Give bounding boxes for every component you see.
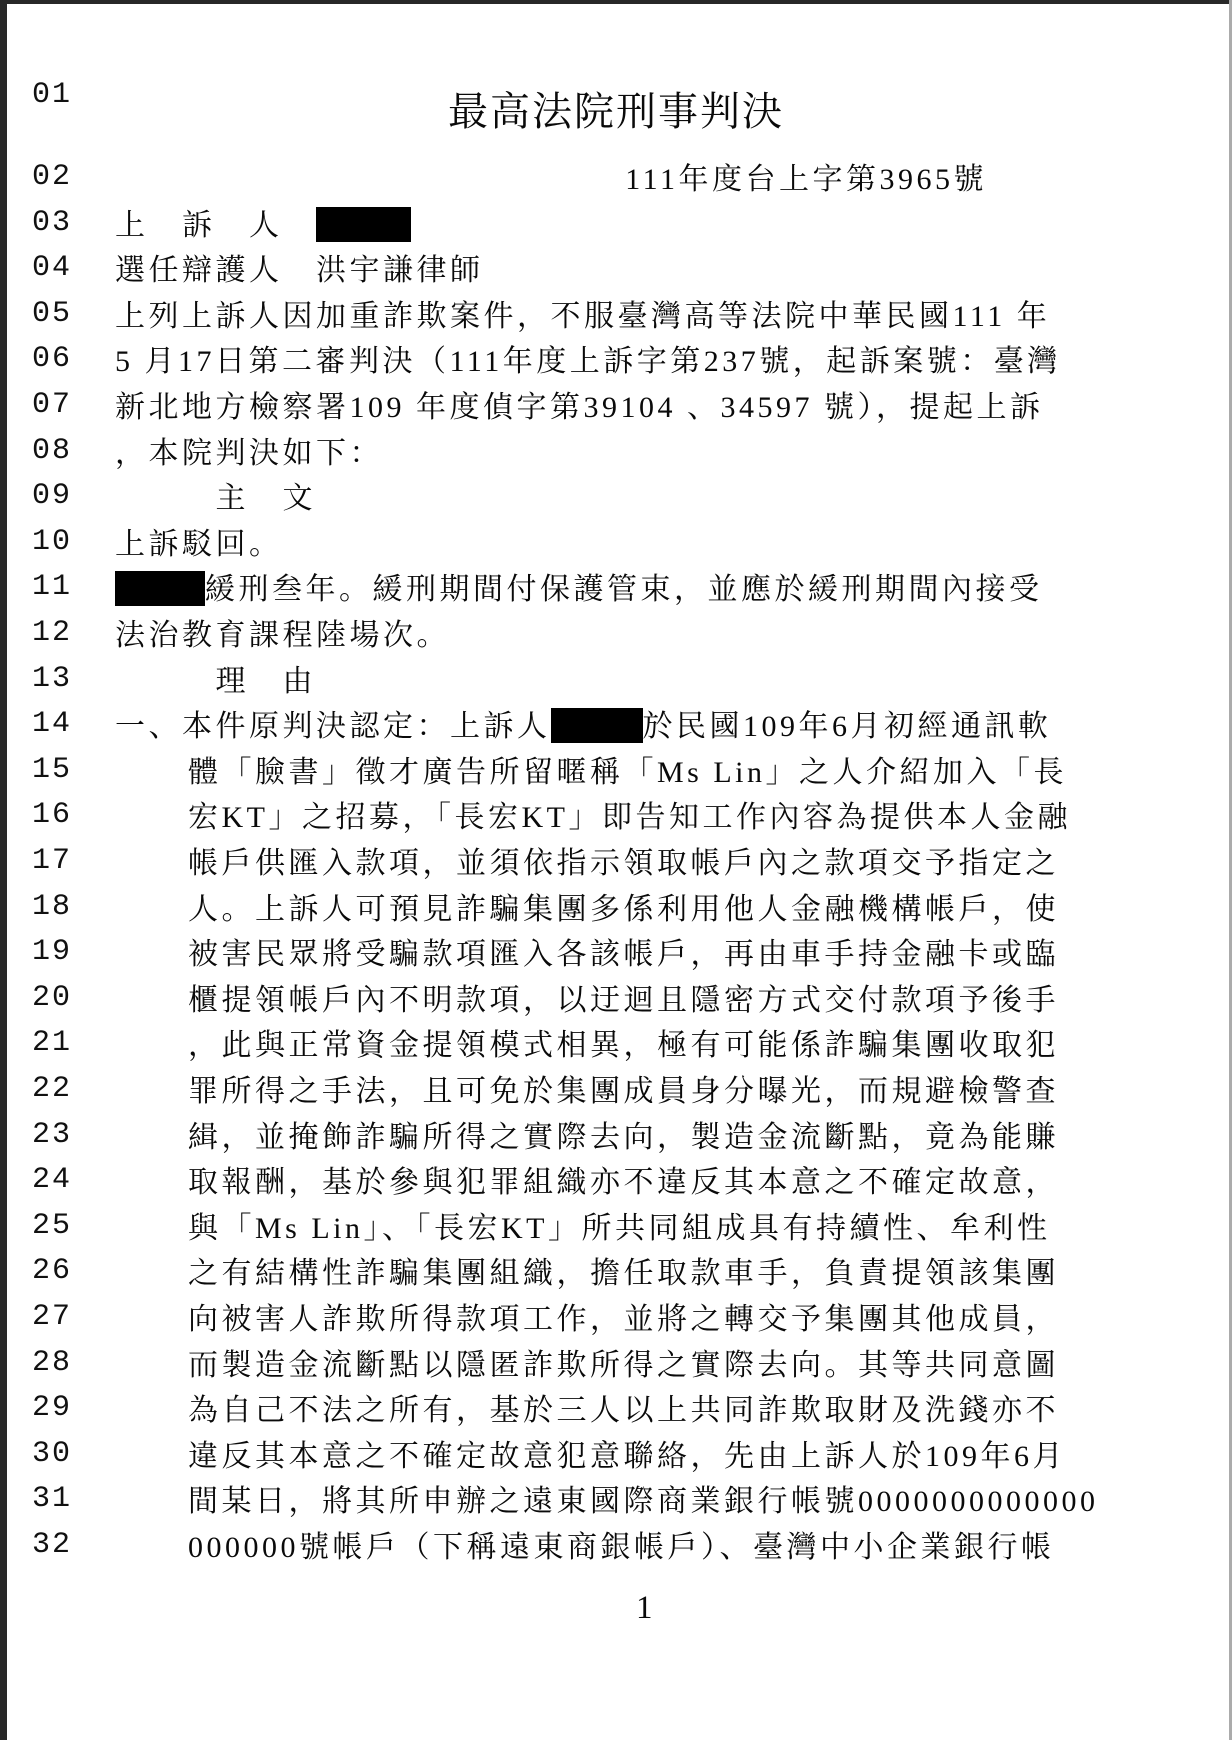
line-row: 03上 訴 人 [0, 206, 1232, 252]
line-text: 法治教育課程陸場次。 [115, 616, 450, 656]
line-number: 32 [32, 1528, 72, 1562]
line-text: 選任辯護人 洪宇謙律師 [115, 251, 484, 291]
text-segment: 被害民眾將受騙款項匯入各該帳戶，再由車手持金融卡或臨 [188, 938, 1059, 971]
text-segment: 新北地方檢察署109 年度偵字第39104 、34597 號），提起上訴 [115, 391, 1044, 424]
page-number: 1 [636, 1590, 653, 1627]
text-segment: 一、本件原判決認定：上訴人 [115, 710, 551, 743]
line-number: 27 [32, 1300, 72, 1334]
line-number: 15 [32, 753, 72, 787]
line-text: 上訴駁回。 [115, 525, 283, 565]
line-number: 06 [32, 342, 72, 376]
line-number: 31 [32, 1482, 72, 1516]
line-text: 櫃提領帳戶內不明款項，以迂迴且隱密方式交付款項予後手 [188, 981, 1059, 1021]
line-row: 14一、本件原判決認定：上訴人於民國109年6月初經通訊軟 [0, 707, 1232, 753]
line-text: 與「Ms Lin」、「長宏KT」所共同組成具有持續性、牟利性 [188, 1209, 1051, 1249]
line-number: 10 [32, 525, 72, 559]
line-number: 26 [32, 1254, 72, 1288]
line-row: 05上列上訴人因加重詐欺案件，不服臺灣高等法院中華民國111 年 [0, 297, 1232, 343]
line-number: 21 [32, 1026, 72, 1060]
line-number: 18 [32, 890, 72, 924]
line-text: 帳戶供匯入款項，並須依指示領取帳戶內之款項交予指定之 [188, 844, 1059, 884]
line-text: 罪所得之手法，且可免於集團成員身分曝光，而規避檢警查 [188, 1072, 1059, 1112]
text-segment: 緝，並掩飾詐騙所得之實際去向，製造金流斷點，竟為能賺 [188, 1121, 1059, 1154]
line-number: 14 [32, 707, 72, 741]
line-row: 04選任辯護人 洪宇謙律師 [0, 251, 1232, 297]
line-text: 上 訴 人 [115, 206, 411, 246]
line-row: 29為自己不法之所有，基於三人以上共同詐欺取財及洗錢亦不 [0, 1391, 1232, 1437]
line-row: 16宏KT」之招募，「長宏KT」即告知工作內容為提供本人金融 [0, 798, 1232, 844]
line-number: 05 [32, 297, 72, 331]
text-segment: 帳戶供匯入款項，並須依指示領取帳戶內之款項交予指定之 [188, 847, 1059, 880]
line-text: 主 文 [115, 479, 316, 519]
text-segment: 為自己不法之所有，基於三人以上共同詐欺取財及洗錢亦不 [188, 1394, 1059, 1427]
line-text: 為自己不法之所有，基於三人以上共同詐欺取財及洗錢亦不 [188, 1391, 1059, 1431]
line-number: 04 [32, 251, 72, 285]
text-segment: 櫃提領帳戶內不明款項，以迂迴且隱密方式交付款項予後手 [188, 984, 1059, 1017]
line-text: 宏KT」之招募，「長宏KT」即告知工作內容為提供本人金融 [188, 798, 1071, 838]
document-page: 01最高法院刑事判決02111年度台上字第3965號03上 訴 人 04選任辯護… [0, 0, 1232, 1740]
redaction-box [115, 571, 205, 606]
line-text: 一、本件原判決認定：上訴人於民國109年6月初經通訊軟 [115, 707, 1052, 747]
line-text: 新北地方檢察署109 年度偵字第39104 、34597 號），提起上訴 [115, 388, 1044, 428]
text-segment: 111年度台上字第3965號 [625, 163, 987, 196]
text-segment: 上 訴 人 [115, 209, 316, 242]
line-number: 25 [32, 1209, 72, 1243]
text-segment: 取報酬，基於參與犯罪組織亦不違反其本意之不確定故意， [188, 1166, 1059, 1199]
line-text: 之有結構性詐騙集團組織，擔任取款車手，負責提領該集團 [188, 1254, 1059, 1294]
scan-edge-top [0, 0, 1232, 4]
line-text: 000000號帳戶（下稱遠東商銀帳戶）、臺灣中小企業銀行帳 [188, 1528, 1055, 1568]
line-row: 23緝，並掩飾詐騙所得之實際去向，製造金流斷點，竟為能賺 [0, 1118, 1232, 1164]
line-text: 違反其本意之不確定故意犯意聯絡，先由上訴人於109年6月 [188, 1437, 1066, 1477]
line-text: ，此與正常資金提領模式相異，極有可能係詐騙集團收取犯 [188, 1026, 1059, 1066]
text-segment: 5 月17日第二審判決（111年度上訴字第237號，起訴案號：臺灣 [115, 345, 1061, 378]
line-text: 被害民眾將受騙款項匯入各該帳戶，再由車手持金融卡或臨 [188, 935, 1059, 975]
text-segment: ，此與正常資金提領模式相異，極有可能係詐騙集團收取犯 [188, 1029, 1059, 1062]
line-row: 24取報酬，基於參與犯罪組織亦不違反其本意之不確定故意， [0, 1163, 1232, 1209]
line-row: 31間某日，將其所申辦之遠東國際商業銀行帳號0000000000000 [0, 1482, 1232, 1528]
line-text: 人。上訴人可預見詐騙集團多係利用他人金融機構帳戶，使 [188, 890, 1059, 930]
line-number: 24 [32, 1163, 72, 1197]
redaction-box [316, 207, 411, 242]
line-row: 12法治教育課程陸場次。 [0, 616, 1232, 662]
line-row: 01最高法院刑事判決 [0, 66, 1232, 136]
text-segment: 向被害人詐欺所得款項工作，並將之轉交予集團其他成員， [188, 1303, 1059, 1336]
text-segment: 選任辯護人 洪宇謙律師 [115, 254, 484, 287]
text-segment: 主 文 [115, 482, 316, 515]
line-row: 32000000號帳戶（下稱遠東商銀帳戶）、臺灣中小企業銀行帳 [0, 1528, 1232, 1574]
line-row: 20櫃提領帳戶內不明款項，以迂迴且隱密方式交付款項予後手 [0, 981, 1232, 1027]
line-number: 29 [32, 1391, 72, 1425]
text-segment: 法治教育課程陸場次。 [115, 619, 450, 652]
text-segment: 緩刑叁年。緩刑期間付保護管束，並應於緩刑期間內接受 [205, 573, 1043, 606]
line-number: 08 [32, 434, 72, 468]
line-number: 12 [32, 616, 72, 650]
text-segment: 理 由 [115, 665, 316, 698]
line-row: 19被害民眾將受騙款項匯入各該帳戶，再由車手持金融卡或臨 [0, 935, 1232, 981]
line-row: 15體「臉書」徵才廣告所留暱稱「Ms Lin」之人介紹加入「長 [0, 753, 1232, 799]
line-row: 28而製造金流斷點以隱匿詐欺所得之實際去向。其等共同意圖 [0, 1346, 1232, 1392]
redaction-box [551, 708, 643, 743]
text-segment: 罪所得之手法，且可免於集團成員身分曝光，而規避檢警查 [188, 1075, 1059, 1108]
line-number: 16 [32, 798, 72, 832]
text-segment: 體「臉書」徵才廣告所留暱稱「Ms Lin」之人介紹加入「長 [188, 756, 1067, 789]
line-number: 19 [32, 935, 72, 969]
line-row: 18人。上訴人可預見詐騙集團多係利用他人金融機構帳戶，使 [0, 890, 1232, 936]
line-text: 向被害人詐欺所得款項工作，並將之轉交予集團其他成員， [188, 1300, 1059, 1340]
line-number: 17 [32, 844, 72, 878]
scan-edge-left [0, 0, 7, 1740]
line-row: 11緩刑叁年。緩刑期間付保護管束，並應於緩刑期間內接受 [0, 570, 1232, 616]
line-row: 13 理 由 [0, 662, 1232, 708]
text-segment: 與「Ms Lin」、「長宏KT」所共同組成具有持續性、牟利性 [188, 1212, 1051, 1245]
line-text: 上列上訴人因加重詐欺案件，不服臺灣高等法院中華民國111 年 [115, 297, 1050, 337]
text-segment: 於民國109年6月初經通訊軟 [643, 710, 1052, 743]
line-text: 間某日，將其所申辦之遠東國際商業銀行帳號0000000000000 [188, 1482, 1099, 1522]
line-row: 07新北地方檢察署109 年度偵字第39104 、34597 號），提起上訴 [0, 388, 1232, 434]
line-row: 02111年度台上字第3965號 [0, 160, 1232, 206]
line-number: 13 [32, 662, 72, 696]
line-text: 而製造金流斷點以隱匿詐欺所得之實際去向。其等共同意圖 [188, 1346, 1059, 1386]
line-row: 26之有結構性詐騙集團組織，擔任取款車手，負責提領該集團 [0, 1254, 1232, 1300]
line-row: 25與「Ms Lin」、「長宏KT」所共同組成具有持續性、牟利性 [0, 1209, 1232, 1255]
line-row: 27向被害人詐欺所得款項工作，並將之轉交予集團其他成員， [0, 1300, 1232, 1346]
text-segment: 違反其本意之不確定故意犯意聯絡，先由上訴人於109年6月 [188, 1440, 1066, 1473]
text-segment: 最高法院刑事判決 [448, 89, 784, 134]
line-text: ，本院判決如下： [115, 434, 383, 474]
line-text: 體「臉書」徵才廣告所留暱稱「Ms Lin」之人介紹加入「長 [188, 753, 1067, 793]
text-segment: 人。上訴人可預見詐騙集團多係利用他人金融機構帳戶，使 [188, 893, 1059, 926]
line-number: 28 [32, 1346, 72, 1380]
line-row: 09 主 文 [0, 479, 1232, 525]
text-segment: ，本院判決如下： [115, 437, 383, 470]
line-text: 緝，並掩飾詐騙所得之實際去向，製造金流斷點，竟為能賺 [188, 1118, 1059, 1158]
line-number: 20 [32, 981, 72, 1015]
line-row: 22罪所得之手法，且可免於集團成員身分曝光，而規避檢警查 [0, 1072, 1232, 1118]
text-segment: 而製造金流斷點以隱匿詐欺所得之實際去向。其等共同意圖 [188, 1349, 1059, 1382]
line-row: 21，此與正常資金提領模式相異，極有可能係詐騙集團收取犯 [0, 1026, 1232, 1072]
text-segment: 000000號帳戶（下稱遠東商銀帳戶）、臺灣中小企業銀行帳 [188, 1531, 1055, 1564]
line-number: 23 [32, 1118, 72, 1152]
line-number: 11 [32, 570, 72, 604]
text-segment: 之有結構性詐騙集團組織，擔任取款車手，負責提領該集團 [188, 1257, 1059, 1290]
text-segment: 上列上訴人因加重詐欺案件，不服臺灣高等法院中華民國111 年 [115, 300, 1050, 333]
text-segment: 間某日，將其所申辦之遠東國際商業銀行帳號0000000000000 [188, 1485, 1099, 1518]
line-text: 理 由 [115, 662, 316, 702]
line-number: 22 [32, 1072, 72, 1106]
line-text: 5 月17日第二審判決（111年度上訴字第237號，起訴案號：臺灣 [115, 342, 1061, 382]
text-segment: 宏KT」之招募，「長宏KT」即告知工作內容為提供本人金融 [188, 801, 1071, 834]
line-number: 03 [32, 206, 72, 240]
line-number: 30 [32, 1437, 72, 1471]
line-text: 緩刑叁年。緩刑期間付保護管束，並應於緩刑期間內接受 [115, 570, 1043, 610]
line-number: 07 [32, 388, 72, 422]
text-segment: 上訴駁回。 [115, 528, 283, 561]
line-row: 10上訴駁回。 [0, 525, 1232, 571]
line-text: 111年度台上字第3965號 [115, 160, 987, 200]
line-row: 17帳戶供匯入款項，並須依指示領取帳戶內之款項交予指定之 [0, 844, 1232, 890]
line-number: 09 [32, 479, 72, 513]
line-row: 065 月17日第二審判決（111年度上訴字第237號，起訴案號：臺灣 [0, 342, 1232, 388]
document-title: 最高法院刑事判決 [0, 88, 1232, 136]
line-text: 取報酬，基於參與犯罪組織亦不違反其本意之不確定故意， [188, 1163, 1059, 1203]
line-row: 08，本院判決如下： [0, 434, 1232, 480]
line-row: 30違反其本意之不確定故意犯意聯絡，先由上訴人於109年6月 [0, 1437, 1232, 1483]
line-number: 02 [32, 160, 72, 194]
